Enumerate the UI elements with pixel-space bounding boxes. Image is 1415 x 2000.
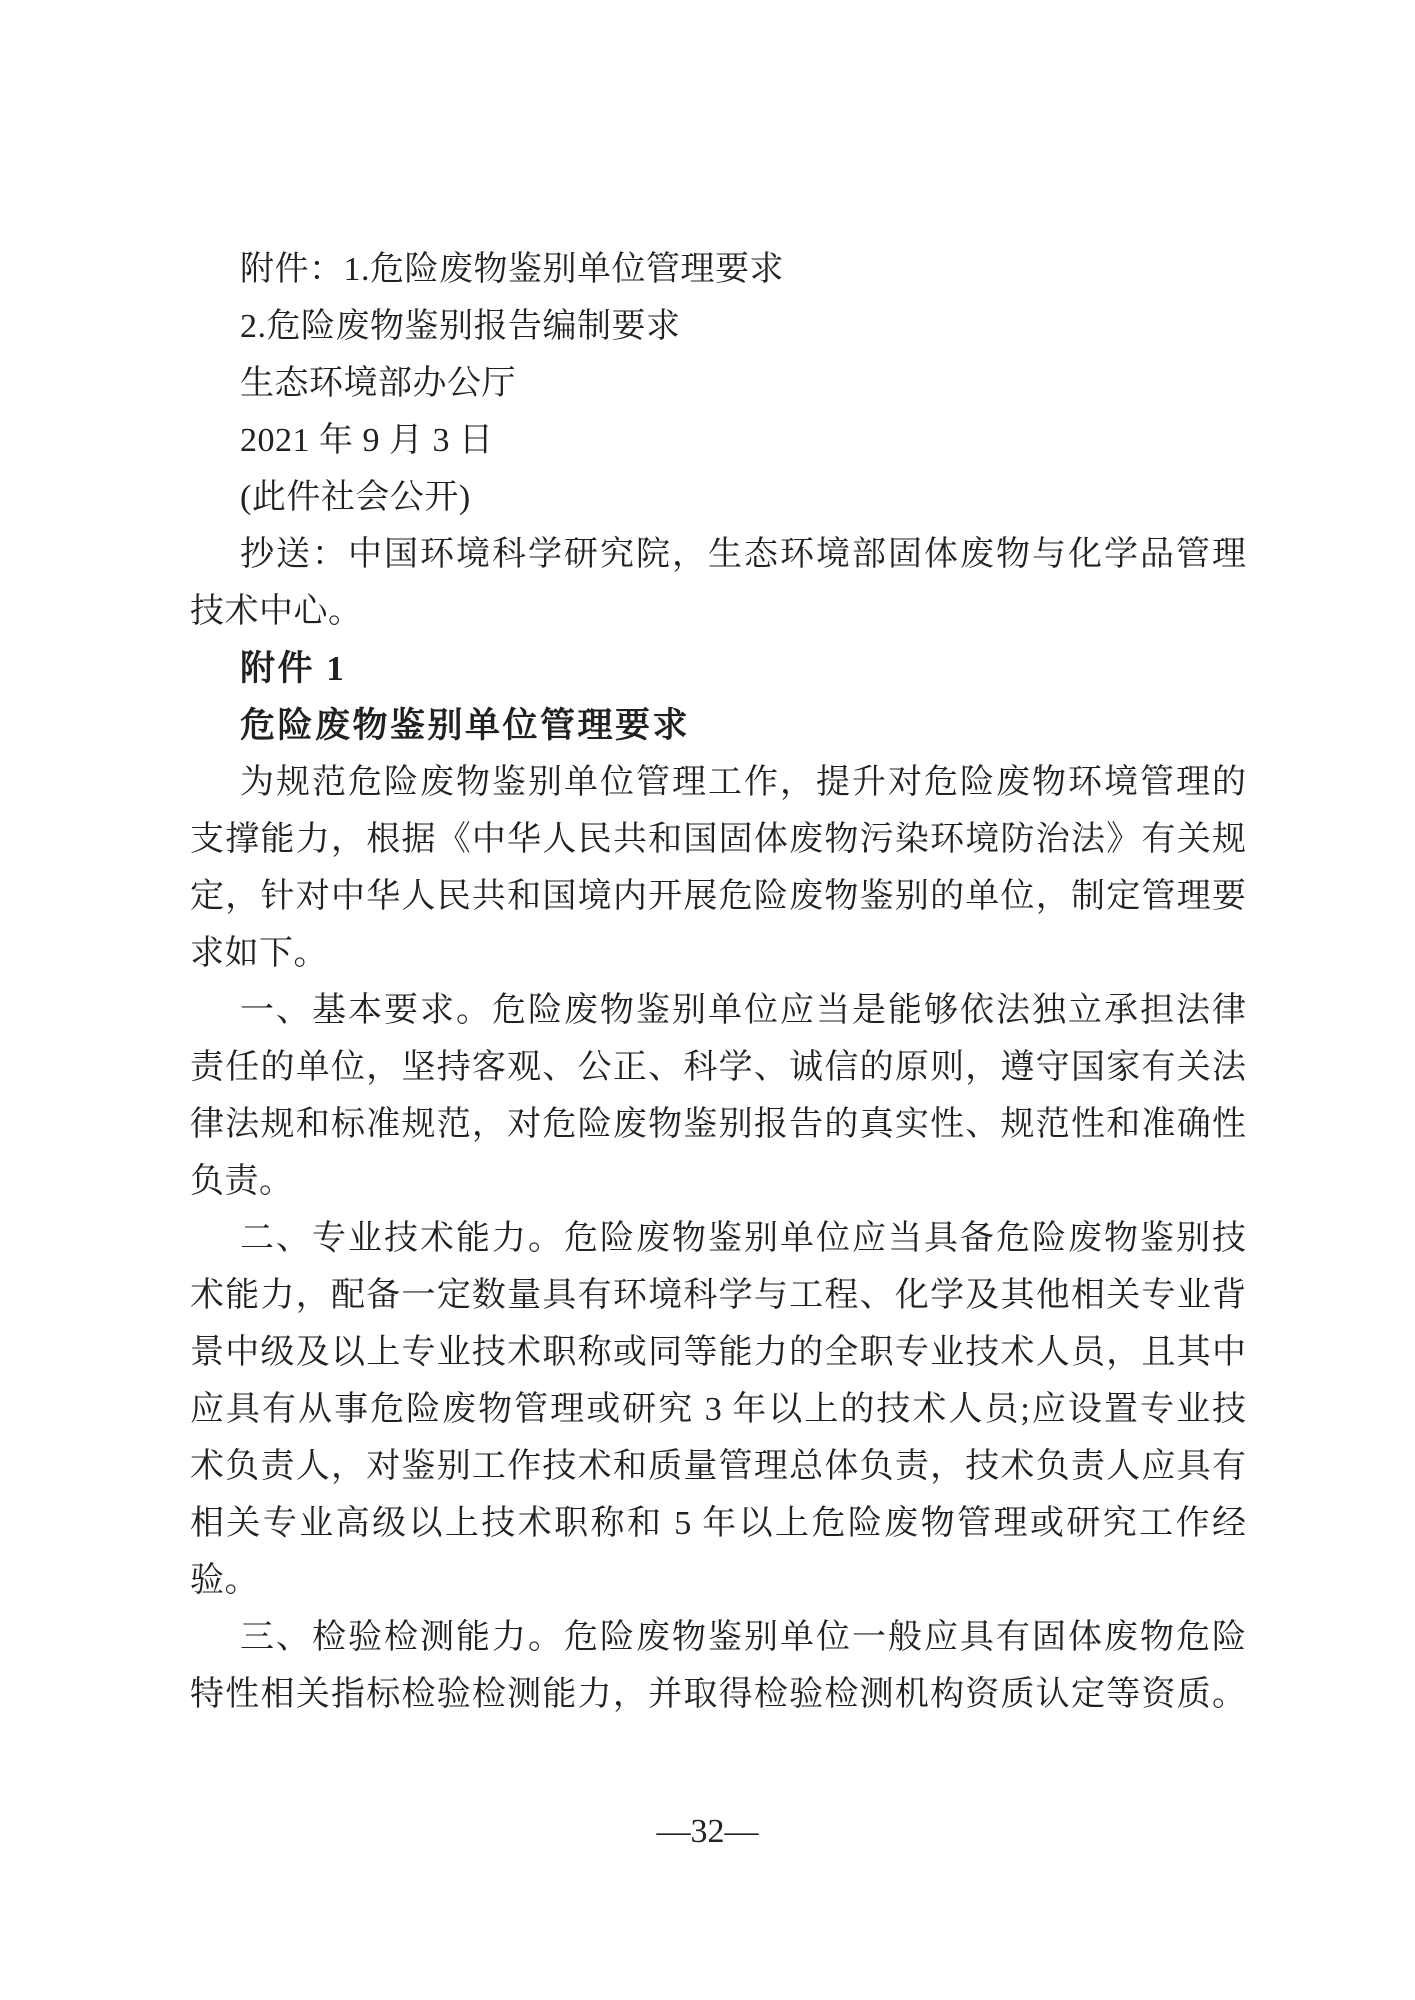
intro-paragraph-line: 为规范危险废物鉴别单位管理工作，提升对危险废物环境管理的 — [190, 754, 1246, 811]
section-2-line: 术能力，配备一定数量具有环境科学与工程、化学及其他相关专业背 — [190, 1267, 1246, 1324]
intro-paragraph-line: 支撑能力，根据《中华人民共和国固体废物污染环境防治法》有关规 — [190, 811, 1246, 868]
cc-line-continued: 技术中心。 — [190, 583, 1246, 640]
section-1-line: 一、基本要求。危险废物鉴别单位应当是能够依法独立承担法律 — [190, 982, 1246, 1039]
cc-line: 抄送：中国环境科学研究院，生态环境部固体废物与化学品管理 — [190, 526, 1246, 583]
section-1-line: 负责。 — [190, 1153, 1246, 1210]
attachment-list-line-1: 附件：1.危险废物鉴别单位管理要求 — [190, 241, 1246, 298]
attachment-1-label: 附件 1 — [190, 640, 1246, 697]
section-2-line: 景中级及以上专业技术职称或同等能力的全职专业技术人员，且其中 — [190, 1324, 1246, 1381]
document-body: 附件：1.危险废物鉴别单位管理要求 2.危险废物鉴别报告编制要求 生态环境部办公… — [190, 241, 1246, 1723]
section-2-line: 二、专业技术能力。危险废物鉴别单位应当具备危险废物鉴别技 — [190, 1210, 1246, 1267]
intro-paragraph-line: 求如下。 — [190, 925, 1246, 982]
public-release-note: (此件社会公开) — [190, 469, 1246, 526]
section-2-line: 应具有从事危险废物管理或研究 3 年以上的技术人员;应设置专业技 — [190, 1381, 1246, 1438]
attachment-list-line-2: 2.危险废物鉴别报告编制要求 — [190, 298, 1246, 355]
document-page: { "page": { "background_color": "#ffffff… — [0, 0, 1415, 2000]
section-2-line: 术负责人，对鉴别工作技术和质量管理总体负责，技术负责人应具有 — [190, 1438, 1246, 1495]
section-1-line: 责任的单位，坚持客观、公正、科学、诚信的原则，遵守国家有关法 — [190, 1039, 1246, 1096]
issue-date-line: 2021 年 9 月 3 日 — [190, 412, 1246, 469]
page-number: —32— — [0, 1803, 1415, 1860]
section-1-line: 律法规和标准规范，对危险废物鉴别报告的真实性、规范性和准确性 — [190, 1096, 1246, 1153]
intro-paragraph-line: 定，针对中华人民共和国境内开展危险废物鉴别的单位，制定管理要 — [190, 868, 1246, 925]
attachment-1-title: 危险废物鉴别单位管理要求 — [190, 697, 1246, 754]
section-3-line: 特性相关指标检验检测能力，并取得检验检测机构资质认定等资质。 — [190, 1666, 1246, 1723]
section-2-line: 相关专业高级以上技术职称和 5 年以上危险废物管理或研究工作经 — [190, 1495, 1246, 1552]
section-3-line: 三、检验检测能力。危险废物鉴别单位一般应具有固体废物危险 — [190, 1609, 1246, 1666]
issuing-office-line: 生态环境部办公厅 — [190, 355, 1246, 412]
section-2-line: 验。 — [190, 1552, 1246, 1609]
